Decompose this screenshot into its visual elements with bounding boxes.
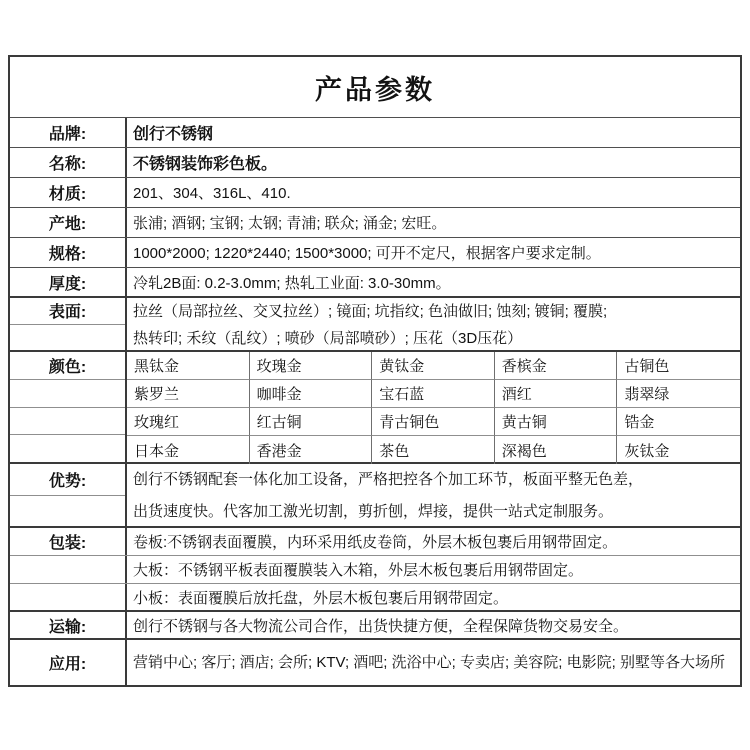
row-label: 厚度:: [10, 268, 127, 296]
row-thickness: 厚度: 冷轧2B面: 0.2-3.0mm; 热轧工业面: 3.0-30mm。: [10, 268, 740, 298]
row-material: 材质: 201、304、316L、410.: [10, 178, 740, 208]
row-label: 名称:: [10, 148, 127, 177]
row-value: 201、304、316L、410.: [127, 178, 740, 207]
row-brand: 品牌: 创行不锈钢: [10, 118, 740, 148]
color-grid: 黑钛金 玫瑰金 黄钛金 香槟金 古铜色 紫罗兰 咖啡金 宝石蓝 酒红 翡翠绿 玫…: [127, 352, 740, 462]
row-advantage: 优势: 创行不锈钢配套一体化加工设备，严格把控各个加工环节，板面平整无色差， 出…: [10, 464, 740, 528]
color-cell: 茶色: [372, 436, 495, 464]
surface-line-1: 拉丝（局部拉丝、交叉拉丝）; 镜面; 坑指纹; 色油做旧; 蚀刻; 镀铜; 覆膜…: [133, 298, 740, 325]
row-label: 表面:: [10, 298, 125, 325]
row-value: 冷轧2B面: 0.2-3.0mm; 热轧工业面: 3.0-30mm。: [127, 268, 740, 296]
row-name: 名称: 不锈钢装饰彩色板。: [10, 148, 740, 178]
color-cell: 黑钛金: [127, 352, 250, 380]
color-cell: 古铜色: [617, 352, 740, 380]
row-label: 应用:: [10, 640, 127, 685]
color-cell: 咖啡金: [250, 380, 373, 408]
row-label-column: 颜色:: [10, 352, 127, 462]
row-label-empty: [10, 408, 125, 436]
row-value: 大板：不锈钢平板表面覆膜装入木箱，外层木板包裹后用钢带固定。: [127, 556, 740, 583]
advantage-line-2: 出货速度快。代客加工激光切割，剪折刨，焊接，提供一站式定制服务。: [133, 496, 740, 528]
row-value: 营销中心; 客厅; 酒店; 会所; KTV; 酒吧; 洗浴中心; 专卖店; 美容…: [127, 640, 740, 685]
color-cell: 黄古铜: [495, 408, 618, 436]
row-value: 张浦; 酒钢; 宝钢; 太钢; 青浦; 联众; 涌金; 宏旺。: [127, 208, 740, 237]
row-value: 创行不锈钢与各大物流公司合作，出货快捷方便，全程保障货物交易安全。: [127, 612, 740, 638]
row-value: 小板：表面覆膜后放托盘，外层木板包裹后用钢带固定。: [127, 584, 740, 610]
product-parameters-table: 产品参数 品牌: 创行不锈钢 名称: 不锈钢装饰彩色板。 材质: 201、304…: [8, 55, 742, 687]
row-value: 创行不锈钢配套一体化加工设备，严格把控各个加工环节，板面平整无色差， 出货速度快…: [127, 464, 740, 526]
row-value: 拉丝（局部拉丝、交叉拉丝）; 镜面; 坑指纹; 色油做旧; 蚀刻; 镀铜; 覆膜…: [127, 298, 740, 350]
row-label: 规格:: [10, 238, 127, 267]
color-cell: 玫瑰红: [127, 408, 250, 436]
row-label-empty: [10, 325, 125, 351]
row-label-empty: [10, 584, 127, 610]
row-label-column: 优势:: [10, 464, 127, 526]
row-label: 材质:: [10, 178, 127, 207]
color-cell: 香港金: [250, 436, 373, 464]
row-value: 创行不锈钢: [127, 118, 740, 147]
color-cell: 灰钛金: [617, 436, 740, 464]
color-cell: 日本金: [127, 436, 250, 464]
row-label-empty: [10, 380, 125, 408]
row-colors: 颜色: 黑钛金 玫瑰金 黄钛金 香槟金 古铜色 紫罗兰 咖啡金 宝石蓝 酒红 翡…: [10, 352, 740, 464]
row-value: 卷板:不锈钢表面覆膜，内环采用纸皮卷筒，外层木板包裹后用钢带固定。: [127, 528, 740, 555]
row-value: 1000*2000; 1220*2440; 1500*3000; 可开不定尺，根…: [127, 238, 740, 267]
row-packaging-3: 小板：表面覆膜后放托盘，外层木板包裹后用钢带固定。: [10, 584, 740, 612]
row-surface: 表面: 拉丝（局部拉丝、交叉拉丝）; 镜面; 坑指纹; 色油做旧; 蚀刻; 镀铜…: [10, 298, 740, 352]
row-value: 不锈钢装饰彩色板。: [127, 148, 740, 177]
color-cell: 青古铜色: [372, 408, 495, 436]
page-title: 产品参数: [315, 68, 435, 107]
color-cell: 香槟金: [495, 352, 618, 380]
row-label: 品牌:: [10, 118, 127, 147]
row-spec: 规格: 1000*2000; 1220*2440; 1500*3000; 可开不…: [10, 238, 740, 268]
row-label-empty: [10, 556, 127, 583]
row-label: 包装:: [10, 528, 127, 555]
color-cell: 玫瑰金: [250, 352, 373, 380]
row-label-empty: [10, 496, 125, 527]
table-title-row: 产品参数: [10, 57, 740, 118]
row-origin: 产地: 张浦; 酒钢; 宝钢; 太钢; 青浦; 联众; 涌金; 宏旺。: [10, 208, 740, 238]
color-cell: 翡翠绿: [617, 380, 740, 408]
color-cell: 锆金: [617, 408, 740, 436]
row-application: 应用: 营销中心; 客厅; 酒店; 会所; KTV; 酒吧; 洗浴中心; 专卖店…: [10, 640, 740, 685]
row-label-empty: [10, 435, 125, 462]
row-label: 运输:: [10, 612, 127, 638]
color-cell: 宝石蓝: [372, 380, 495, 408]
color-cell: 酒红: [495, 380, 618, 408]
row-label: 颜色:: [10, 352, 125, 380]
color-cell: 红古铜: [250, 408, 373, 436]
row-packaging-2: 大板：不锈钢平板表面覆膜装入木箱，外层木板包裹后用钢带固定。: [10, 556, 740, 584]
row-packaging-1: 包装: 卷板:不锈钢表面覆膜，内环采用纸皮卷筒，外层木板包裹后用钢带固定。: [10, 528, 740, 556]
color-cell: 黄钛金: [372, 352, 495, 380]
row-transport: 运输: 创行不锈钢与各大物流公司合作，出货快捷方便，全程保障货物交易安全。: [10, 612, 740, 640]
advantage-line-1: 创行不锈钢配套一体化加工设备，严格把控各个加工环节，板面平整无色差，: [133, 464, 740, 496]
row-label-column: 表面:: [10, 298, 127, 350]
surface-line-2: 热转印; 禾纹（乱纹）; 喷砂（局部喷砂）; 压花（3D压花）: [133, 325, 740, 352]
color-cell: 紫罗兰: [127, 380, 250, 408]
row-label: 产地:: [10, 208, 127, 237]
row-label: 优势:: [10, 464, 125, 496]
color-cell: 深褐色: [495, 436, 618, 464]
